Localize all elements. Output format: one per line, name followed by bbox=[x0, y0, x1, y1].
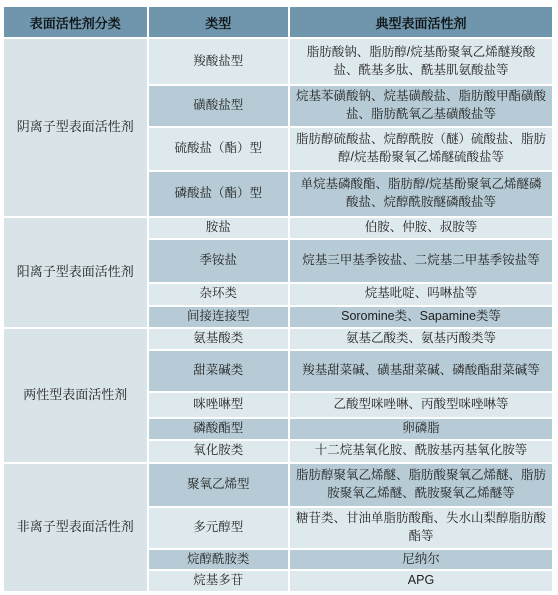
examples-cell: 烷基苯磺酸钠、烷基磺酸盐、脂肪酸甲酯磺酸盐、脂肪酰氧乙基磺酸盐等 bbox=[290, 86, 552, 126]
type-cell: 磷酸盐（酯）型 bbox=[149, 172, 289, 216]
examples-cell: 单烷基磷酸酯、脂肪醇/烷基酚聚氧乙烯醚磷酸盐、烷醇酰胺醚磷酸盐等 bbox=[290, 172, 552, 216]
type-cell: 烷基多苷 bbox=[149, 571, 289, 591]
table-row: 阴离子型表面活性剂 羧酸盐型 脂肪酸钠、脂肪醇/烷基酚聚氧乙烯醚羧酸盐、酰基多肽… bbox=[4, 39, 552, 84]
table-row: 阳离子型表面活性剂 胺盐 伯胺、仲胺、叔胺等 bbox=[4, 218, 552, 238]
type-cell: 磷酸酯型 bbox=[149, 419, 289, 439]
examples-cell: 氨基乙酸类、氨基丙酸类等 bbox=[290, 329, 552, 349]
category-cell-amphoteric: 两性型表面活性剂 bbox=[4, 329, 147, 462]
examples-cell: 卵磷脂 bbox=[290, 419, 552, 439]
examples-cell: 尼纳尔 bbox=[290, 550, 552, 570]
column-header-typical-surfactants: 典型表面活性剂 bbox=[290, 7, 552, 37]
type-cell: 胺盐 bbox=[149, 218, 289, 238]
examples-cell: 烷基吡啶、吗啉盐等 bbox=[290, 284, 552, 305]
type-cell: 烷醇酰胺类 bbox=[149, 550, 289, 570]
examples-cell: 乙酸型咪唑啉、丙酸型咪唑啉等 bbox=[290, 393, 552, 417]
examples-cell: 糖苷类、甘油单脂肪酸酯、失水山梨醇脂肪酸酯等 bbox=[290, 508, 552, 548]
examples-cell: 烷基三甲基季铵盐、二烷基二甲基季铵盐等 bbox=[290, 240, 552, 282]
column-header-classification: 表面活性剂分类 bbox=[4, 7, 147, 37]
examples-cell: 脂肪醇聚氧乙烯醚、脂肪酸聚氧乙烯醚、脂肪胺聚氧乙烯醚、酰胺聚氧乙烯醚等 bbox=[290, 464, 552, 506]
type-cell: 硫酸盐（酯）型 bbox=[149, 128, 289, 170]
type-cell: 氧化胺类 bbox=[149, 441, 289, 462]
examples-cell: 伯胺、仲胺、叔胺等 bbox=[290, 218, 552, 238]
examples-cell: 脂肪酸钠、脂肪醇/烷基酚聚氧乙烯醚羧酸盐、酰基多肽、酰基肌氨酸盐等 bbox=[290, 39, 552, 84]
category-cell-anionic: 阴离子型表面活性剂 bbox=[4, 39, 147, 216]
table-row: 非离子型表面活性剂 聚氧乙烯型 脂肪醇聚氧乙烯醚、脂肪酸聚氧乙烯醚、脂肪胺聚氧乙… bbox=[4, 464, 552, 506]
surfactant-classification-table: 表面活性剂分类 类型 典型表面活性剂 阴离子型表面活性剂 羧酸盐型 脂肪酸钠、脂… bbox=[2, 5, 554, 593]
type-cell: 季铵盐 bbox=[149, 240, 289, 282]
table-row: 两性型表面活性剂 氨基酸类 氨基乙酸类、氨基丙酸类等 bbox=[4, 329, 552, 349]
type-cell: 羧酸盐型 bbox=[149, 39, 289, 84]
type-cell: 咪唑啉型 bbox=[149, 393, 289, 417]
column-header-type: 类型 bbox=[149, 7, 289, 37]
type-cell: 聚氧乙烯型 bbox=[149, 464, 289, 506]
examples-cell: APG bbox=[290, 571, 552, 591]
category-cell-cationic: 阳离子型表面活性剂 bbox=[4, 218, 147, 327]
type-cell: 多元醇型 bbox=[149, 508, 289, 548]
examples-cell: 羧基甜菜碱、磺基甜菜碱、磷酸酯甜菜碱等 bbox=[290, 351, 552, 391]
examples-cell: Soromine类、Sapamine类等 bbox=[290, 307, 552, 327]
type-cell: 杂环类 bbox=[149, 284, 289, 305]
type-cell: 氨基酸类 bbox=[149, 329, 289, 349]
header-row: 表面活性剂分类 类型 典型表面活性剂 bbox=[4, 7, 552, 37]
type-cell: 甜菜碱类 bbox=[149, 351, 289, 391]
examples-cell: 十二烷基氧化胺、酰胺基丙基氧化胺等 bbox=[290, 441, 552, 462]
type-cell: 间接连接型 bbox=[149, 307, 289, 327]
type-cell: 磺酸盐型 bbox=[149, 86, 289, 126]
category-cell-nonionic: 非离子型表面活性剂 bbox=[4, 464, 147, 592]
examples-cell: 脂肪醇硫酸盐、烷醇酰胺（醚）硫酸盐、脂肪醇/烷基酚聚氧乙烯醚硫酸盐等 bbox=[290, 128, 552, 170]
